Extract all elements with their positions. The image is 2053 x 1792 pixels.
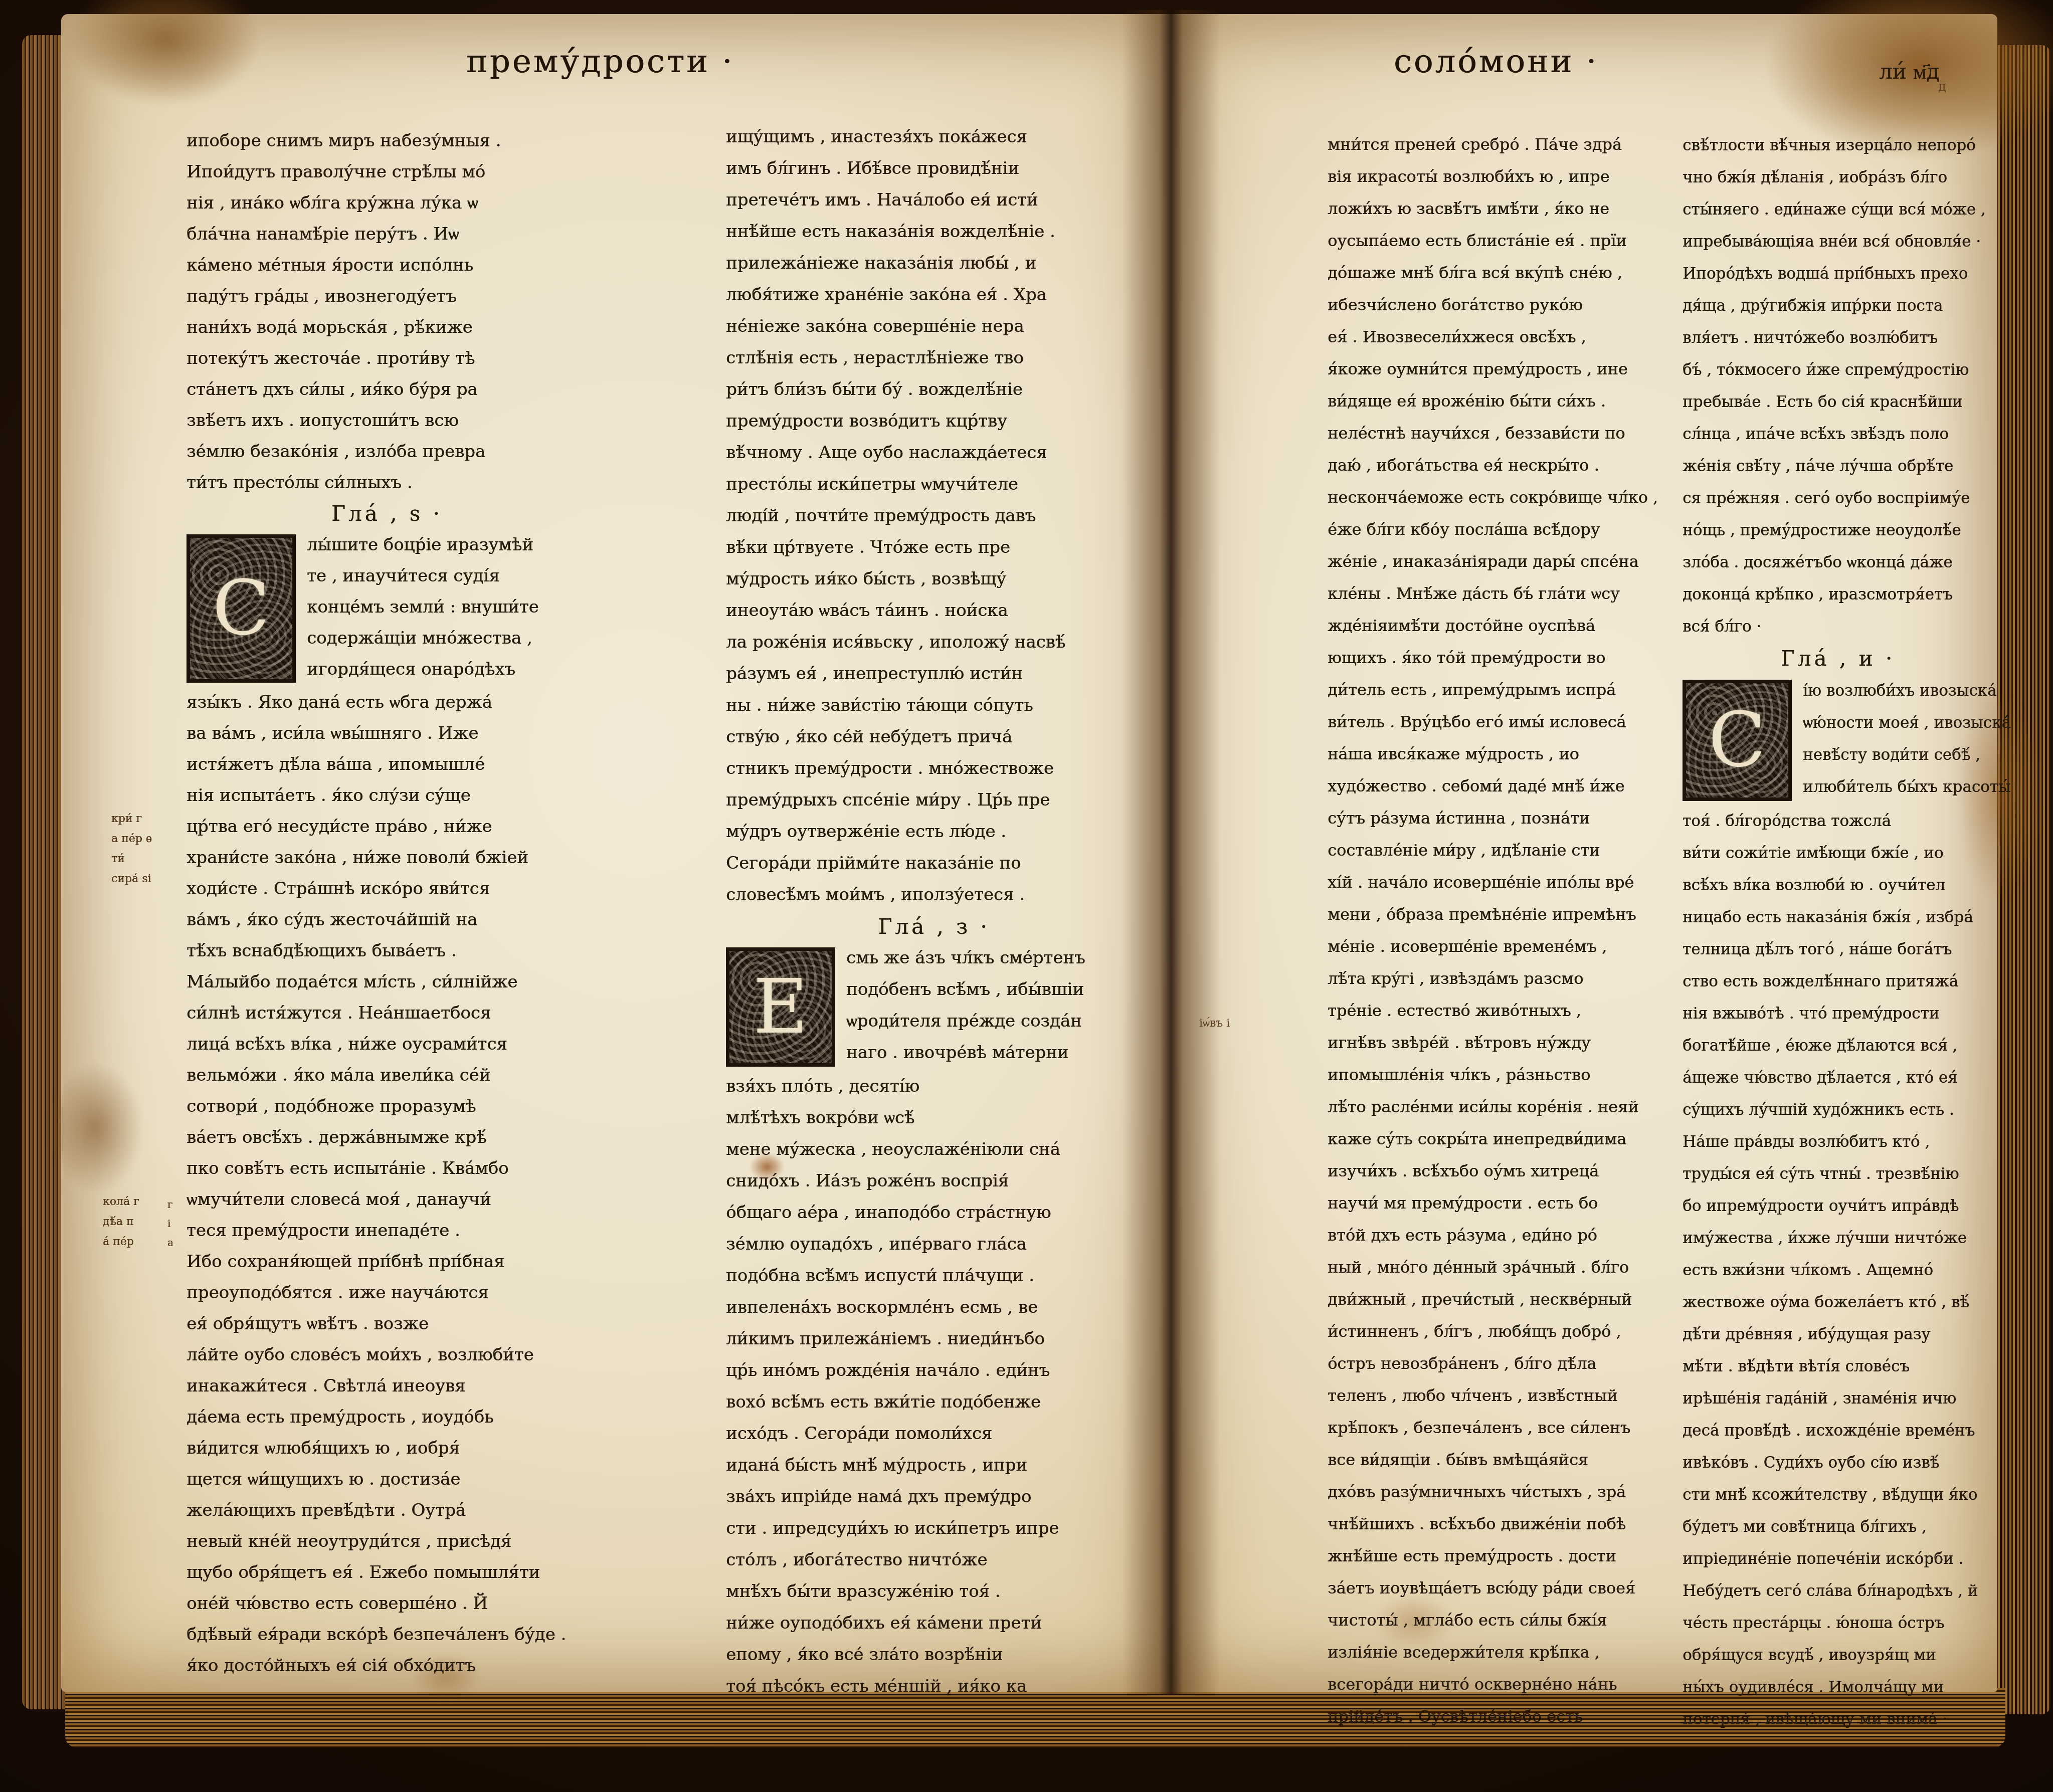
text-line: вѣ́чному . Аще оубо наслажда́етеся: [726, 437, 1142, 469]
text-line: доконца́ крѣ́пко , иразсмотря́етъ: [1683, 578, 1993, 611]
text-line: жела́ющихъ превѣ́дѣти . Оутра́: [186, 1495, 588, 1526]
text-line: пребыва́е . Есть бо сія́ краснѣ́йши: [1683, 386, 1993, 418]
text-line: престо́лы иски́петры ѡмучи́теле: [726, 469, 1142, 500]
text-line: стникъ прему́дрости . мно́жествоже: [726, 753, 1142, 784]
text-line: зло́ба . досяже́тъбо ѡконца́ да́же: [1683, 546, 1993, 578]
text-line: подо́бна всѣ́мъ испусти́ пла́чущи .: [726, 1260, 1142, 1292]
text-line: вѣ́ки цр́твуете . Что́же есть пре: [726, 532, 1142, 563]
text-line: невый кне́й неоутруди́тся , присѣдя́: [186, 1526, 588, 1557]
text-line: же́ніе , инаказа́ніяради дары́ спсе́на: [1328, 545, 1699, 577]
text-line: ста́нетъ дхъ си́лы , ия́ко бу́ря ра: [186, 374, 588, 405]
text-line: вія икрасоты́ возлюби́хъ ю , ипре: [1328, 160, 1699, 192]
text-line: му́дръ оутверже́ніе есть лю́де .: [726, 816, 1142, 848]
text-line: ва́етъ овсѣ́хъ . держа́внымже крѣ́: [186, 1122, 588, 1153]
margin-note-cluster-upper: кри́ га пе́р ѳти́сира́ ѕі: [111, 809, 152, 889]
text-line: нія , ина́ко ѡбл́га кру́жна лу́ка ѡ: [186, 187, 588, 219]
margin-note: кри́ г: [111, 809, 152, 829]
text-line: тоя́ . бл́горо́дства тожсла́: [1683, 805, 1993, 837]
margin-note: а пе́р ѳ: [111, 829, 152, 849]
text-line: дя́ща , дру́гибжія ипр́рки поста: [1683, 290, 1993, 322]
text-line: ри́тъ бли́зъ бы́ти бу́ . вожделѣ́ніе: [726, 374, 1142, 406]
text-line: взя́хъ пло́ть , десяті́ю: [726, 1071, 1142, 1102]
text-line: ра́зумъ ея́ , инепреступлю́ исти́н: [726, 658, 1142, 690]
margin-note-marks: гіа: [167, 1195, 173, 1252]
dropcap-letter: Е: [753, 969, 808, 1045]
text-line: ди́тель есть , ипрему́дрымъ испра́: [1328, 674, 1699, 706]
text-line: прійде́тъ . Оусвѣтле́ніебо есть: [1328, 1700, 1699, 1732]
text-line: даю́ , ибога́тьства ея́ нескры́то .: [1328, 449, 1699, 481]
text-line: чно бжі́я дѣ́ланія , иобра́зъ бл́го: [1683, 161, 1993, 193]
text-line: На́ше пра́вды возлю́битъ кто́ ,: [1683, 1126, 1993, 1158]
text-line: мни́тся пренеи́ сребро́ . Па́че здра́: [1328, 128, 1699, 160]
text-line: ка́мено ме́тныя я́рости испо́лнь: [186, 250, 588, 281]
text-line: ла́йте оубо слове́съ мои́хъ , возлюби́те: [186, 1339, 588, 1370]
text-line: Ипои́дутъ праволу́чне стрѣ́лы мо́: [186, 156, 588, 187]
text-line: ный , мно́го де́нный зра́чный . бл́го: [1328, 1251, 1699, 1283]
text-line: истя́жетъ дѣ́ла ва́ша , ипомышле́: [186, 749, 588, 780]
dropcap-letter: С: [213, 571, 270, 646]
text-line: составле́ніе ми́ру , идѣ́ланіе сти: [1328, 834, 1699, 866]
text-line: же́нія свѣ́ту , па́че лу́чша обрѣ́те: [1683, 450, 1993, 482]
text-line: ли́кимъ прилежа́ніемъ . ниеди́нъбо: [726, 1323, 1142, 1355]
text-line: о́стръ невозбра́ненъ , бл́го дѣ́ла: [1328, 1347, 1699, 1379]
text-line: зе́млю безако́нія , изло́ба превра: [186, 436, 588, 467]
text-line: ивѣко́въ . Суди́хъ оубо сі́ю извѣ́: [1683, 1447, 1993, 1479]
text-line: щется ѡи́щущихъ ю . достиза́е: [186, 1464, 588, 1495]
text-line: снидо́хъ . Иа́зъ роже́нъ воспрія́: [726, 1165, 1142, 1197]
text-line: иму́жества , и́хже лу́чши ничто́же: [1683, 1222, 1993, 1254]
page-block-edge-right: [1994, 45, 2050, 1714]
text-line: за́етъ иоувѣща́етъ всю́ду ра́ди своея́: [1328, 1572, 1699, 1604]
text-line: ищу́щимъ , инастезя́хъ пока́жеся: [726, 121, 1142, 153]
text-line: чнѣ́йшихъ . всѣ́хъбо движе́ніи побѣ: [1328, 1508, 1699, 1540]
text-line: бдѣ́вый ея́ради вско́рѣ безпеча́ленъ бу́…: [186, 1619, 588, 1650]
text-line: исхо́дъ . Сегора́ди помоли́хся: [726, 1418, 1142, 1450]
text-line: вся́ бл́го ·: [1683, 611, 1993, 643]
text-line: ибезчи́слено бога́тство руко́ю: [1328, 289, 1699, 321]
text-line: ѡмучи́тели словеса́ моя́ , данаучи́: [186, 1184, 588, 1215]
text-line: ви́тель . Вру́цѣбо его́ имы́ исловеса́: [1328, 706, 1699, 738]
text-line: ва́мъ , я́ко су́дъ жесточа́йшій на: [186, 904, 588, 935]
text-line: худо́жество . себоми́ даде́ мнѣ́ и́же: [1328, 770, 1699, 802]
text-line: я́коже оумни́тся прему́дрость , ине: [1328, 353, 1699, 385]
text-line: ницабо есть наказа́нія бжі́я , избра́: [1683, 901, 1993, 933]
text-line: ложи́хъ ю засвѣ́тъ имѣ́ти , я́ко не: [1328, 192, 1699, 225]
gutter-gloss-left: іѡ́въ і: [1199, 1017, 1230, 1030]
text-line: епому , я́ко все́ зла́то возрѣ́ніи: [726, 1639, 1142, 1671]
text-column-right-1: мни́тся пренеи́ сребро́ . Па́че здра́вія…: [1328, 128, 1699, 1732]
text-line: ла роже́нія ися́вьску , иположу́ насвѣ́: [726, 627, 1142, 658]
text-line: свѣ́тлости вѣ́чныя изерца́ло непоро́: [1683, 129, 1993, 161]
text-line: на́ша ився́каже му́дрость , ио: [1328, 738, 1699, 770]
text-line: ство есть вожделѣ́ннаго притяжа́: [1683, 965, 1993, 998]
text-line: ющихъ . я́ко то́й прему́дрости во: [1328, 642, 1699, 674]
text-line: Ма́лыйбо подае́тся мл́сть , си́лнійже: [186, 966, 588, 998]
chapter-heading: Гла́ , и ·: [1683, 643, 1993, 675]
text-line: и́стинненъ , бл́гъ , любя́щъ добро́ ,: [1328, 1315, 1699, 1347]
text-line: нія испыта́етъ . я́ко слу́зи су́ще: [186, 780, 588, 811]
text-line: щубо обря́щетъ ея́ . Ежебо помышля́ти: [186, 1557, 588, 1588]
text-line: че́сть преста́рцы . ю́ноша о́стръ: [1683, 1607, 1993, 1639]
text-line: телница дѣ́лъ того́ , на́ше бога́тъ: [1683, 933, 1993, 965]
text-line: ипребыва́ющіяа вне́и вся́ обновля́е ·: [1683, 226, 1993, 258]
text-line: сты́няего . еди́наже су́щи вся́ мо́же ,: [1683, 193, 1993, 226]
text-line: лѣ́то расле́нми иси́лы коре́нія . неяй: [1328, 1091, 1699, 1123]
text-line: храни́сте зако́на , ни́же поволи́ бжіей: [186, 842, 588, 873]
text-line: звѣ́етъ ихъ . иопустоши́тъ всю: [186, 405, 588, 436]
text-line: до́шаже мнѣ́ бл́га вся́ вку́пѣ сне́ю ,: [1328, 257, 1699, 289]
text-line: ея́ обря́щутъ ѡвѣ́тъ . возже: [186, 1308, 588, 1339]
dropcap-initial: Е: [726, 947, 835, 1067]
text-line: дви́жный , пречи́стый , нескве́рный: [1328, 1283, 1699, 1315]
text-line: сл́нца , ипа́че всѣ́хъ звѣ́здъ поло: [1683, 418, 1993, 450]
text-line: не́ніеже зако́на соверше́ніе нера: [726, 311, 1142, 342]
text-line: пко совѣ́тъ есть испыта́ніе . Ква́мбо: [186, 1153, 588, 1184]
text-line: инеоута́ю ѡва́съ та́инъ . нои́ска: [726, 595, 1142, 627]
text-line: я́ко досто́йныхъ ея́ сія́ обхо́дитъ: [186, 1650, 588, 1681]
text-line: ны . ни́же зави́стію та́ющи со́путь: [726, 690, 1142, 721]
text-line: теся прему́дрости инепаде́те .: [186, 1215, 588, 1246]
text-line: богатѣ́йше , е́юже дѣ́лаются вся́ ,: [1683, 1030, 1993, 1062]
text-column-left-2: ищу́щимъ , инастезя́хъ пока́жесяимъ бл́г…: [726, 121, 1142, 1702]
text-line: преоуподо́бятся . иже науча́ются: [186, 1277, 588, 1308]
text-line: всѣ́хъ вл́ка возлюби́ ю . оучи́тел: [1683, 869, 1993, 901]
text-line: каже су́ть сокры́та инепредви́дима: [1328, 1123, 1699, 1155]
text-line: Небу́детъ сего́ сла́ва бл́народѣхъ , й: [1683, 1575, 1993, 1607]
text-line: чистоты́ , мгла́бо есть си́лы бжі́я: [1328, 1604, 1699, 1636]
text-line: оусыпа́емо есть блиста́ніе ея́ . прїи: [1328, 225, 1699, 257]
text-line: прилежа́ніеже наказа́нія любы́ , и: [726, 248, 1142, 279]
text-line: мене му́жеска , неоуслаже́ніюли сна́: [726, 1134, 1142, 1165]
margin-note: а: [167, 1233, 173, 1252]
text-line: ннѣ́йше есть наказа́нія вожделѣ́ніе .: [726, 216, 1142, 248]
text-line: бъ́ , то́кмосего и́же спрему́дростію: [1683, 354, 1993, 386]
text-line: сти мнѣ́ ксожи́телству , вѣ́дущи я́ко: [1683, 1479, 1993, 1511]
text-line: люді́й , почти́те прему́дрость давъ: [726, 500, 1142, 532]
text-line: есть вжи́зни чл́комъ . Ащемно́: [1683, 1254, 1993, 1286]
text-line: кле́ны . Мнѣ́же да́сть бъ́ гла́ти ѡсу: [1328, 577, 1699, 610]
text-line: зва́хъ ипріи́де нама́ дхъ прему́дро: [726, 1481, 1142, 1513]
text-line: цр́тва его́ несуди́сте пра́во , ни́же: [186, 811, 588, 842]
text-line: ипоборе снимъ миръ набезу́мныя .: [186, 125, 588, 156]
text-line: вельмо́жи . я́ко ма́ла ивели́ка се́й: [186, 1060, 588, 1091]
text-line: имъ бл́гинъ . Ибѣ́все провидѣ́ніи: [726, 153, 1142, 184]
chapter-heading: Гла́ , ѕ ·: [186, 498, 588, 529]
text-line: а́щеже чю́вство дѣ́лается , кто́ ея́: [1683, 1062, 1993, 1094]
text-line: нія вжыво́тѣ . что́ прему́дрости: [1683, 998, 1993, 1030]
text-line: мени , о́браза премѣне́ніе ипремѣнъ: [1328, 898, 1699, 930]
text-line: претече́тъ имъ . Нача́лобо ея́ исти́: [726, 184, 1142, 216]
text-line: тре́ніе . естество́ живо́тныхъ ,: [1328, 994, 1699, 1027]
text-line: тоя́ пѣсо́къ есть ме́ншій , ия́ко ка: [726, 1671, 1142, 1702]
text-line: бла́чна нанамѣ́ріе перу́тъ . Иѡ: [186, 219, 588, 250]
text-line: ся пре́жняя . сего́ оубо воспріиму́е: [1683, 482, 1993, 514]
text-line: дхо́въ разу́мничныхъ чи́стыхъ , зра́: [1328, 1476, 1699, 1508]
text-line: сти . ипредсуди́хъ ю иски́петръ ипре: [726, 1513, 1142, 1544]
text-line: обря́щуся всудѣ́ , ивоузря́щ ми: [1683, 1639, 1993, 1671]
text-column-left-1: ипоборе снимъ миръ набезу́мныя .Ипои́дут…: [186, 125, 588, 1681]
text-line: су́щихъ лу́чшій худо́жникъ есть .: [1683, 1094, 1993, 1126]
chapter-heading: Гла́ , з ·: [726, 911, 1142, 942]
text-line: лица́ всѣ́хъ вл́ка , ни́же оусрами́тся: [186, 1029, 588, 1060]
text-line: излія́ніе вседержи́теля крѣ́пка ,: [1328, 1636, 1699, 1668]
text-line: дѣ́ти дре́вняя , ибу́дущая разу: [1683, 1318, 1993, 1350]
text-line: су́тъ ра́зума и́стинна , позна́ти: [1328, 802, 1699, 834]
text-line: ни́же оуподо́бихъ ея́ ка́мени прети́: [726, 1608, 1142, 1639]
text-line: мѣ́ти . вѣ́дѣти вѣті́я слове́съ: [1683, 1350, 1993, 1382]
text-line: словесѣ́мъ мои́мъ , иползу́етеся .: [726, 879, 1142, 911]
running-title-left: прему́дрости ·: [466, 43, 734, 80]
text-line: зе́млю оупадо́хъ , ипе́рваго гла́са: [726, 1229, 1142, 1260]
dropcap-letter: С: [1709, 703, 1766, 778]
text-line: паду́тъ гра́ды , ивознегоду́етъ: [186, 281, 588, 312]
text-line: хі́й . нача́ло исоверше́ніе ипо́лы вре́: [1328, 866, 1699, 898]
text-line: вля́етъ . ничто́жебо возлю́битъ: [1683, 322, 1993, 354]
text-line: сто́лъ , ибога́тество ничто́же: [726, 1544, 1142, 1576]
dropcap-initial: С: [1683, 680, 1792, 801]
text-line: вто́й дхъ есть ра́зума , еди́но ро́: [1328, 1219, 1699, 1251]
text-line: язы́къ . Яко дана́ есть ѡбга держа́: [186, 687, 588, 718]
text-line: игнѣ́въ звѣре́й . вѣ́тровъ ну́жду: [1328, 1027, 1699, 1059]
dropcap-initial: С: [186, 534, 296, 683]
text-line: деса́ провѣ́дѣ . исхожде́ніе време́нъ: [1683, 1415, 1993, 1447]
text-line: прему́дрости возво́дитъ кцр́тву: [726, 406, 1142, 437]
margin-note: г: [167, 1195, 173, 1214]
text-line: ирѣше́нія гада́ній , знаме́нія ичю: [1683, 1382, 1993, 1415]
text-line: любя́тиже хране́ніе зако́на ея́ . Хра: [726, 279, 1142, 311]
text-line: тѣ́хъ вснабдѣ́ющихъ быва́етъ .: [186, 935, 588, 966]
text-line: ея́ . Ивозвесели́хжеся овсѣ́хъ ,: [1328, 321, 1699, 353]
gutter-gloss-right: д: [1938, 79, 1946, 94]
text-line: ипріедине́ніе попече́ніи иско́рби .: [1683, 1543, 1993, 1575]
text-line: все ви́дящіи . бы́въ вмѣща́яйся: [1328, 1444, 1699, 1476]
margin-note-cluster-lower: кола́ гдѣ́а па́ пе́р: [103, 1192, 139, 1252]
text-line: жде́ніяимѣ́ти досто́йне оуспѣва́: [1328, 610, 1699, 642]
text-line: ви́дяще ея́ вроже́нію бы́ти си́хъ .: [1328, 385, 1699, 417]
running-title-right: соло́мони ·: [1394, 43, 1598, 80]
text-line: несконча́еможе есть сокро́вище чл́ко ,: [1328, 481, 1699, 513]
text-line: крѣ́покъ , безпеча́ленъ , все си́ленъ: [1328, 1412, 1699, 1444]
text-line: ипомышле́нія чл́къ , ра́зньство: [1328, 1059, 1699, 1091]
text-line: цр́ь ино́мъ рожде́нія нача́ло . еди́нъ: [726, 1355, 1142, 1386]
text-line: оне́й чю́вство есть соверше́но . Й: [186, 1588, 588, 1619]
text-line: научи́ мя прему́дрости . есть бо: [1328, 1187, 1699, 1219]
text-line: прему́дрыхъ спсе́ніе ми́ру . Цр́ь пре: [726, 784, 1142, 816]
text-line: теленъ , любо чл́ченъ , извѣ́стный: [1328, 1379, 1699, 1412]
text-line: си́лнѣ истя́жутся . Неа́ншаетбося: [186, 998, 588, 1029]
margin-note: а́ пе́р: [103, 1232, 139, 1252]
text-line: вохо́ всѣ́мъ есть вжи́тіе подо́бенже: [726, 1386, 1142, 1418]
text-column-right-2: свѣ́тлости вѣ́чныя изерца́ло непоро́чно …: [1683, 129, 1993, 1735]
text-line: стлѣ́нія есть , нерастлѣ́ніеже тво: [726, 342, 1142, 374]
text-line: жествоже оу́ма божела́етъ кто́ , вѣ́: [1683, 1286, 1993, 1318]
text-line: потеку́тъ жесточа́е . проти́ву тѣ: [186, 343, 588, 374]
text-line: ви́ти сожи́тіе имѣ́ющи бжі́е , ио: [1683, 837, 1993, 869]
text-line: ивпелена́хъ воскормле́нъ есмь , ве: [726, 1292, 1142, 1323]
text-line: Ибо сохраня́ющей прп́бнѣ прп́бная: [186, 1246, 588, 1277]
text-line: ны́хъ оудивле́ся . Имолча́щу ми: [1683, 1671, 1993, 1703]
text-line: бо ипрему́дрости оучи́тъ ипра́вдѣ: [1683, 1190, 1993, 1222]
text-line: неле́стнѣ научи́хся , беззави́сти по: [1328, 417, 1699, 449]
text-line: инакажи́теся . Свѣтла́ инеоувя: [186, 1370, 588, 1402]
text-line: Ипоро́дѣхъ водша́ прп́бныхъ прехо: [1683, 258, 1993, 290]
margin-note: і: [167, 1214, 173, 1233]
text-line: но́щь , прему́дростиже неоудолѣ́е: [1683, 514, 1993, 546]
text-line: потерпя́ , ивѣща́ющу ми внима́ ·: [1683, 1703, 1993, 1735]
text-line: бу́детъ ми совѣ́тница бл́гихъ ,: [1683, 1511, 1993, 1543]
text-line: сотвори́ , подо́бноже проразумѣ: [186, 1091, 588, 1122]
text-line: о́бщаго ае́ра , инаподо́бо стра́стную: [726, 1197, 1142, 1229]
text-line: е́же бл́ги кбо́у посла́ша всѣ́дору: [1328, 513, 1699, 545]
text-line: лѣ́та кру́гі , извѣзда́мъ разсмо: [1328, 962, 1699, 994]
book-photo: прему́дрости · соло́мони · ли́ м҃д ипобо…: [0, 0, 2053, 1792]
text-line: ходи́сте . Стра́шнѣ иско́ро яви́тся: [186, 873, 588, 904]
text-line: му́дрость ия́ко бы́сть , возвѣщу́: [726, 563, 1142, 595]
text-line: ви́дится ѡлюбя́щихъ ю , иобря́: [186, 1433, 588, 1464]
margin-note: кола́ г: [103, 1192, 139, 1212]
text-line: ству́ю , я́ко се́й небу́детъ прича́: [726, 721, 1142, 753]
text-line: да́ема есть прему́дрость , иоудо́бь: [186, 1402, 588, 1433]
text-line: идана́ бы́сть мнѣ́ му́дрость , ипри: [726, 1450, 1142, 1481]
margin-note: сира́ ѕі: [111, 869, 152, 889]
text-line: ме́ніе . исоверше́ніе времене́мъ ,: [1328, 930, 1699, 962]
text-line: жнѣ́йше есть прему́дрость . дости: [1328, 1540, 1699, 1572]
text-line: Сегора́ди прійми́те наказа́ніе по: [726, 848, 1142, 879]
margin-note: дѣ́а п: [103, 1212, 139, 1232]
text-line: нани́хъ вода́ морьска́я , рѣ́киже: [186, 312, 588, 343]
folio-number: ли́ м҃д: [1879, 59, 1939, 84]
text-line: труды́ся ея́ су́ть чтны́ . трезвѣ́нію: [1683, 1158, 1993, 1190]
text-line: всегора́ди ничто́ оскверне́но на́нь: [1328, 1668, 1699, 1700]
text-line: млѣ́тѣхъ вокро́ви ѡсѣ́: [726, 1102, 1142, 1134]
text-line: мнѣ́хъ бы́ти вразсуже́нію тоя́ .: [726, 1576, 1142, 1608]
text-line: изучи́хъ . всѣ́хъбо оу́мъ хитреца́: [1328, 1155, 1699, 1187]
margin-note: ти́: [111, 849, 152, 869]
text-line: ти́тъ престо́лы си́лныхъ .: [186, 467, 588, 498]
text-line: ва ва́мъ , иси́ла ѡвы́шняго . Иже: [186, 718, 588, 749]
